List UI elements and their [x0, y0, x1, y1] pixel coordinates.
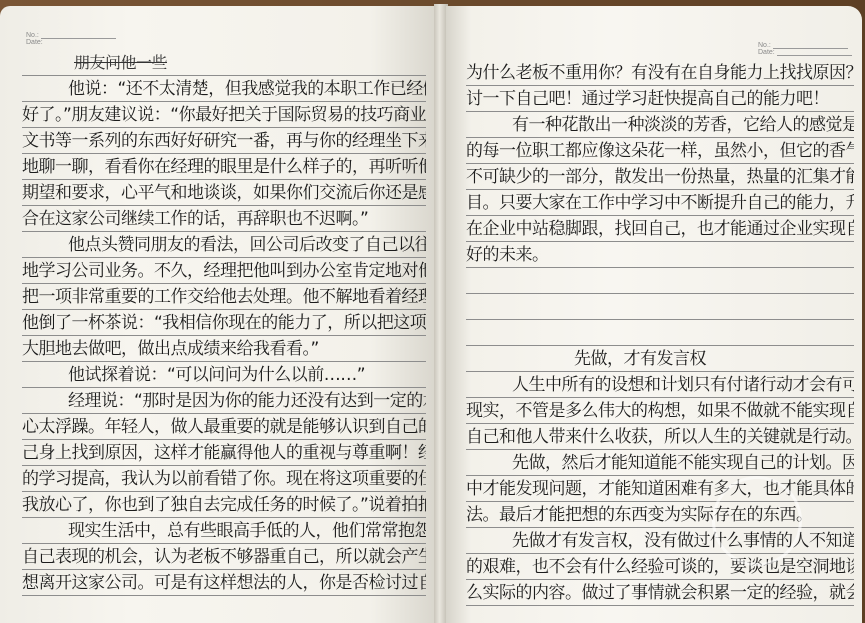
- left-page: No.: Date: 朋友问他一些他说：“还不太清楚，但我感觉我的本职工作已经做…: [0, 6, 436, 623]
- no-rule: [773, 48, 848, 49]
- text-line: 的学习提高，我认为以前看错了你。现在将这项重要的任务交给你，: [22, 466, 426, 492]
- text-line: 合在这家公司继续工作的话，再辞职也不迟啊。”: [22, 206, 426, 232]
- text-line: 目。只要大家在工作中学习中不断提升自己的能力，升华自己的思想，就能: [466, 190, 854, 216]
- text-line: 不可缺少的一部分，散发出一份热量，热量的汇集才能使企业耀眼夺: [466, 164, 854, 190]
- no-label: No.:: [758, 42, 771, 49]
- right-page: No.: Date: 为什么老板不重用你？有没有在自身能力上找找原因？如果你没有…: [446, 6, 862, 623]
- text-line: 自己和他人带来什么收获，所以人生的关键就是行动。: [466, 424, 854, 450]
- text-line: 么实际的内容。做过了事情就会积累一定的经验，就会有话要说，就: [466, 580, 854, 606]
- no-label: No.:: [26, 32, 39, 39]
- text-line: 好了。”朋友建议说：“你最好把关于国际贸易的技巧商业: [22, 102, 426, 128]
- text-line: 现实，不管是多么伟大的构想，如果不做就不能实现自己的梦想会给: [466, 398, 854, 424]
- text-line: 我放心了，你也到了独自去完成任务的时候了。”说着拍拍他的肩膀离开了。: [22, 492, 426, 518]
- text-line: 讨一下自己吧！通过学习赶快提高自己的能力吧！: [466, 86, 854, 112]
- text-line: 他试探着说：“可以问问为什么以前……”: [22, 362, 426, 388]
- text-line: 人生中所有的设想和计划只有付诸行动才会有可能变为: [466, 372, 854, 398]
- text-line: 大胆地去做吧，做出点成绩来给我看看。”: [22, 336, 426, 362]
- notebook-photo: No.: Date: 朋友问他一些他说：“还不太清楚，但我感觉我的本职工作已经做…: [0, 0, 865, 623]
- text-line: 地学习公司业务。不久，经理把他叫到办公室肯定地对他点点头，: [22, 258, 426, 284]
- text-line: 他说：“还不太清楚，但我感觉我的本职工作已经做得很: [22, 76, 426, 102]
- text-line: 期望和要求，心平气和地谈谈，如果你们交流后你还是感觉不适: [22, 180, 426, 206]
- date-label: Date:: [758, 49, 775, 56]
- section-heading: 先做，才有发言权: [466, 346, 854, 372]
- page-header: No.: Date:: [26, 32, 116, 46]
- text-line: 好的未来。: [466, 242, 854, 268]
- text-line: 现实生活中，总有些眼高手低的人，他们常常抱怨老板不给: [22, 518, 426, 544]
- text-line: 地聊一聊，看看你在经理的眼里是什么样子的，再听听他对你的: [22, 154, 426, 180]
- text-line: 的艰难，也不会有什么经验可谈的，要谈也是空洞地谈，没有什: [466, 554, 854, 580]
- no-rule: [41, 38, 116, 39]
- text-line: 把一项非常重要的工作交给他去处理。他不解地看着经理，经理给: [22, 284, 426, 310]
- text-line: 己身上找到原因，这样才能赢得他人的重视与尊重啊！经过一段时间: [22, 440, 426, 466]
- text-line: 心太浮躁。年轻人，做人最重要的就是能够认识到自己的能力，从自: [22, 414, 426, 440]
- date-rule: [777, 55, 852, 56]
- text-line: 在企业中站稳脚跟，找回自己，也才能通过企业实现自身价值，有一个美: [466, 216, 854, 242]
- text-line: 他点头赞同朋友的看法，回公司后改变了自己以往的态度，勤恳: [22, 232, 426, 258]
- text-line: [466, 268, 854, 294]
- crossed-out-title: 朋友问他一些: [22, 50, 426, 76]
- text-line: 想离开这家公司。可是有这样想法的人，你是否检讨过自己，有没有问问自己，: [22, 570, 426, 596]
- text-line: [466, 294, 854, 320]
- text-line: 文书等一系列的东西好好研究一番，再与你的经理坐下来好好: [22, 128, 426, 154]
- handwritten-text: 朋友问他一些他说：“还不太清楚，但我感觉我的本职工作已经做得很好了。”朋友建议说…: [22, 50, 426, 596]
- page-header: No.: Date:: [758, 42, 852, 56]
- text-line: [466, 320, 854, 346]
- text-line: 他倒了一杯茶说：“我相信你现在的能力了，所以把这项任务交给你，: [22, 310, 426, 336]
- text-line: 自己表现的机会，认为老板不够器重自己，所以就会产生一些牢骚，甚至: [22, 544, 426, 570]
- date-label: Date:: [26, 39, 43, 46]
- text-line: 为什么老板不重用你？有没有在自身能力上找找原因？如果你没有，劝你还是检: [466, 60, 854, 86]
- text-line: 有一种花散出一种淡淡的芳香，它给人的感觉是阳光，阳光，企业: [466, 112, 854, 138]
- text-line: 的每一位职工都应像这朵花一样，虽然小，但它的香气久远，阳光是企业: [466, 138, 854, 164]
- text-line: 经理说：“那时是因为你的能力还没有达到一定的水平，而且: [22, 388, 426, 414]
- text-line: 先做，然后才能知道能不能实现自己的计划。因为在做的过程: [466, 450, 854, 476]
